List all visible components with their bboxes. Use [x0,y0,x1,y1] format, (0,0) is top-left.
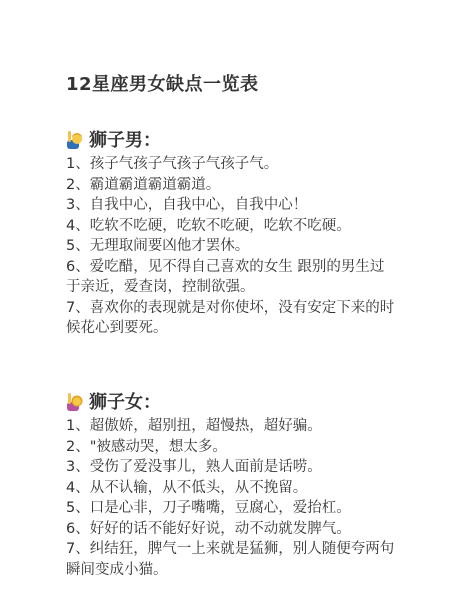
list-item: 2、"被感动哭，想太多。 [66,437,396,458]
list-item: 5、无理取闹要凶他才罢休。 [66,236,396,257]
man-raising-hand-icon [66,129,86,149]
list-item: 4、吃软不吃硬，吃软不吃硬，吃软不吃硬。 [66,216,396,237]
list-item: 3、受伤了爱没事儿，熟人面前是话唠。 [66,457,396,478]
document-page: 12星座男女缺点一览表 狮子男： 1、孩子气孩子气孩子气孩子气。 2、霸道霸道霸… [0,0,449,600]
list-item: 7、纠结狂，脾气一上来就是猛狮，别人随便夸两句瞬间变成小猫。 [66,539,396,580]
list-item: 3、自我中心，自我中心，自我中心！ [66,195,396,216]
list-item: 4、从不认输，从不低头，从不挽留。 [66,478,396,499]
section-heading: 狮子男： [66,126,396,152]
section-heading: 狮子女： [66,388,396,414]
section-heading-text: 狮子男： [89,126,161,152]
list-item: 2、霸道霸道霸道霸道。 [66,175,396,196]
list-item: 6、爱吃醋，见不得自己喜欢的女生 跟别的男生过于亲近，爱查岗，控制欲强。 [66,257,396,298]
list-item: 7、喜欢你的表现就是对你使坏，没有安定下来的时候花心到要死。 [66,298,396,339]
list-item: 1、超傲娇，超别扭，超慢热，超好骗。 [66,416,396,437]
list-item: 6、好好的话不能好好说，动不动就发脾气。 [66,519,396,540]
section-leo-male: 狮子男： 1、孩子气孩子气孩子气孩子气。 2、霸道霸道霸道霸道。 3、自我中心，… [66,126,396,339]
page-title: 12星座男女缺点一览表 [66,70,259,96]
list-item: 5、口是心非，刀子嘴嘴，豆腐心，爱抬杠。 [66,498,396,519]
section-heading-text: 狮子女： [89,388,161,414]
list-item: 1、孩子气孩子气孩子气孩子气。 [66,154,396,175]
woman-raising-hand-icon [66,391,86,411]
section-leo-female: 狮子女： 1、超傲娇，超别扭，超慢热，超好骗。 2、"被感动哭，想太多。 3、受… [66,388,396,580]
